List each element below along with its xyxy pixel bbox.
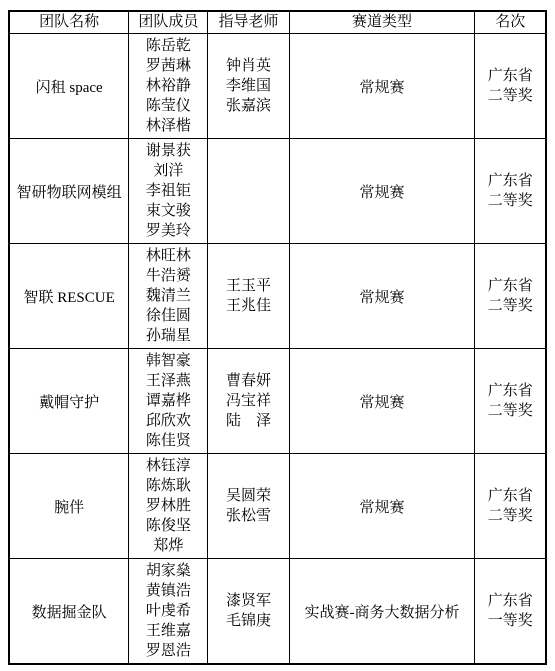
award-table-container: 团队名称 团队成员 指导老师 赛道类型 名次 闪租 space 陈岳乾 罗茜琳 … [8,10,547,665]
team-name-cell: 智联 RESCUE [9,244,129,349]
track-cell: 常规赛 [289,349,475,454]
rank-cell: 广东省 二等奖 [475,454,546,559]
table-row: 数据掘金队 胡家燊 黄镇浩 叶虔希 王维嘉 罗恩浩 漆贤军 毛锦庚 实战赛-商务… [9,559,546,665]
header-rank: 名次 [475,11,546,34]
award-table: 团队名称 团队成员 指导老师 赛道类型 名次 闪租 space 陈岳乾 罗茜琳 … [8,10,547,665]
advisors-cell: 曹春妍 冯宝祥 陆 泽 [208,349,289,454]
advisors-cell: 钟肖英 李维国 张嘉滨 [208,34,289,139]
members-cell: 林旺林 牛浩赟 魏清兰 徐佳圆 孙瑞星 [129,244,208,349]
members-cell: 韩智豪 王泽燕 谭嘉桦 邱欣欢 陈佳贤 [129,349,208,454]
members-cell: 林钰淳 陈炼耿 罗林胜 陈俊坚 郑烨 [129,454,208,559]
table-row: 腕伴 林钰淳 陈炼耿 罗林胜 陈俊坚 郑烨 吴圆荣 张松雪 常规赛 广东省 二等… [9,454,546,559]
header-track-type: 赛道类型 [289,11,475,34]
advisors-cell: 吴圆荣 张松雪 [208,454,289,559]
team-name-cell: 戴帽守护 [9,349,129,454]
header-advisor: 指导老师 [208,11,289,34]
track-cell: 实战赛-商务大数据分析 [289,559,475,665]
advisors-cell: 王玉平 王兆佳 [208,244,289,349]
table-row: 智研物联网模组 谢景获 刘洋 李祖钜 束文骏 罗美玲 常规赛 广东省 二等奖 [9,139,546,244]
team-name-cell: 数据掘金队 [9,559,129,665]
advisors-cell [208,139,289,244]
members-cell: 陈岳乾 罗茜琳 林裕静 陈莹仪 林泽楷 [129,34,208,139]
track-cell: 常规赛 [289,454,475,559]
members-cell: 谢景获 刘洋 李祖钜 束文骏 罗美玲 [129,139,208,244]
header-team-members: 团队成员 [129,11,208,34]
track-cell: 常规赛 [289,139,475,244]
table-row: 智联 RESCUE 林旺林 牛浩赟 魏清兰 徐佳圆 孙瑞星 王玉平 王兆佳 常规… [9,244,546,349]
header-row: 团队名称 团队成员 指导老师 赛道类型 名次 [9,11,546,34]
team-name-cell: 智研物联网模组 [9,139,129,244]
rank-cell: 广东省 一等奖 [475,559,546,665]
members-cell: 胡家燊 黄镇浩 叶虔希 王维嘉 罗恩浩 [129,559,208,665]
team-name-cell: 闪租 space [9,34,129,139]
track-cell: 常规赛 [289,244,475,349]
table-row: 戴帽守护 韩智豪 王泽燕 谭嘉桦 邱欣欢 陈佳贤 曹春妍 冯宝祥 陆 泽 常规赛… [9,349,546,454]
rank-cell: 广东省 二等奖 [475,349,546,454]
header-team-name: 团队名称 [9,11,129,34]
track-cell: 常规赛 [289,34,475,139]
table-row: 闪租 space 陈岳乾 罗茜琳 林裕静 陈莹仪 林泽楷 钟肖英 李维国 张嘉滨… [9,34,546,139]
advisors-cell: 漆贤军 毛锦庚 [208,559,289,665]
rank-cell: 广东省 二等奖 [475,139,546,244]
rank-cell: 广东省 二等奖 [475,244,546,349]
rank-cell: 广东省 二等奖 [475,34,546,139]
team-name-cell: 腕伴 [9,454,129,559]
